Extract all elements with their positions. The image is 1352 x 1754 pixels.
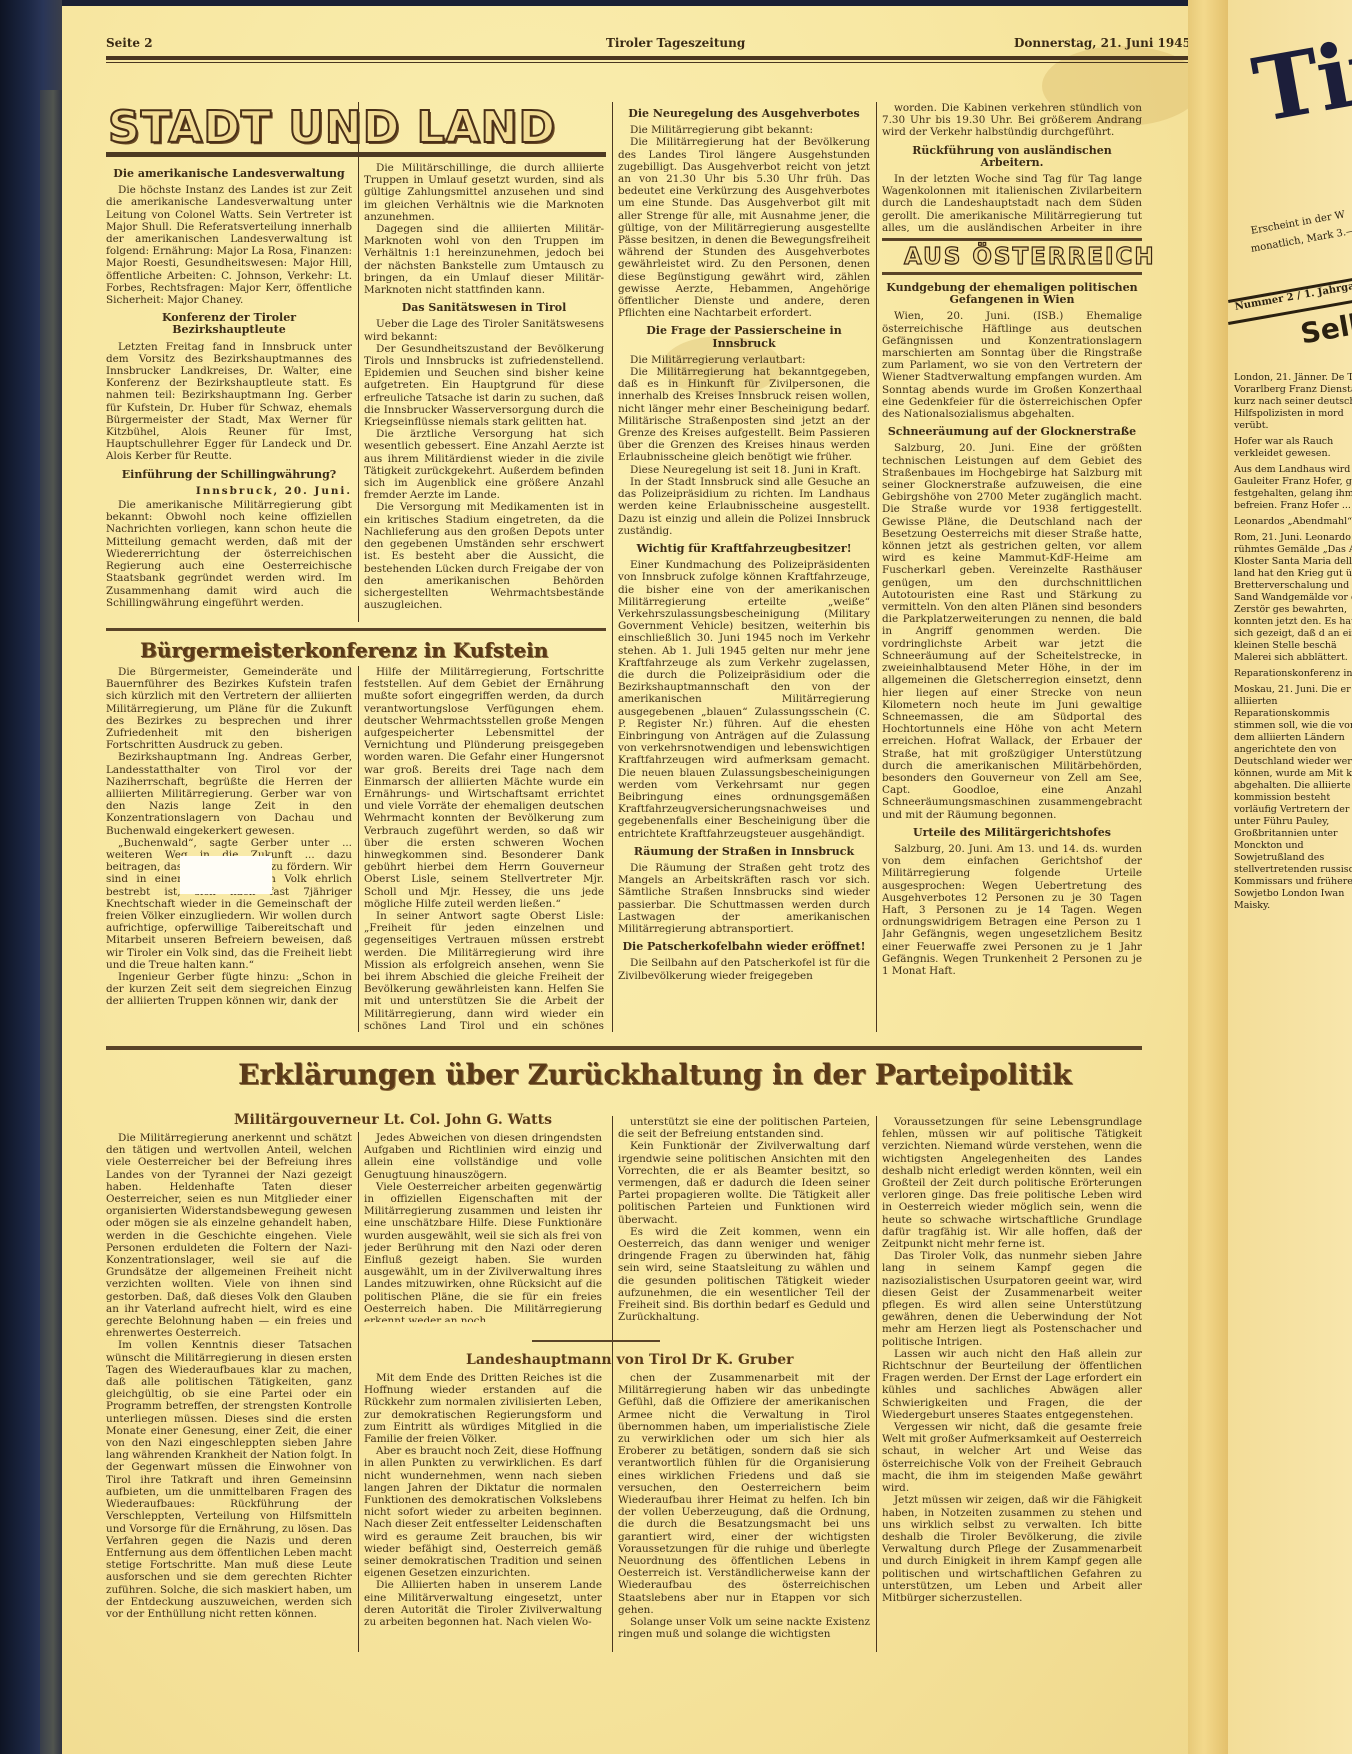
article-paragraph: Die höchste Instanz des Landes ist zur Z…: [106, 184, 352, 306]
article-paragraph: Die Alliierten haben in unserem Lande ei…: [364, 1579, 602, 1628]
article-paragraph: Salzburg, 20. Juni. Eine der größten tec…: [882, 442, 1142, 820]
column-watts-2: Jedes Abweichen von diesen dringendsten …: [364, 1132, 602, 1322]
article-headline: Konferenz der Tiroler Bezirkshauptleute: [106, 312, 352, 336]
article-headline: Die Patscherkofelbahn wieder eröffnet!: [618, 941, 870, 953]
article-paragraph: Letzten Freitag fand in Innsbruck unter …: [106, 341, 352, 463]
article-paragraph: Wien, 20. Juni. (ISB.) Ehemalige österre…: [882, 310, 1142, 420]
header-rule-thin: [106, 62, 1192, 63]
page-number: Seite 2: [106, 36, 153, 50]
article-dateline: Innsbruck, 20. Juni.: [106, 485, 352, 497]
article-paragraph: Die Militärschillinge, die durch alliier…: [364, 162, 604, 223]
article-paragraph: Das Tiroler Volk, das nunmehr sieben Jah…: [882, 1250, 1142, 1348]
article-paragraph: Die Versorgung mit Medikamenten ist in e…: [364, 501, 604, 611]
article-paragraph: Die Militärregierung hat der Bevölkerung…: [618, 136, 870, 319]
newspaper-page: Seite 2 Tiroler Tageszeitung Donnerstag,…: [62, 6, 1214, 1754]
article-headline: Die Frage der Passierscheine in Innsbruc…: [618, 325, 870, 349]
article-paragraph: Mit dem Ende des Dritten Reiches ist die…: [364, 1372, 602, 1445]
article-paragraph: Hofer war als Rauch verkleidet gewesen.: [1234, 436, 1352, 460]
article-paragraph: Aber es braucht noch Zeit, diese Hoffnun…: [364, 1445, 602, 1579]
article-paragraph: London, 21. Jänner. De Tirol-Vorarlberg …: [1234, 372, 1352, 432]
binding-edge: [40, 90, 62, 1754]
article-paragraph: unterstützt sie eine der politischen Par…: [618, 1116, 870, 1140]
article-paragraph: Es wird die Zeit kommen, wenn ein Oester…: [618, 1226, 870, 1322]
article-paragraph: Der Gesundheitszustand der Bevölkerung T…: [364, 343, 604, 428]
column-divider: [358, 666, 359, 1032]
section-rule: [106, 1046, 1142, 1050]
column-watts-1: Die Militärregierung anerkennt und schät…: [106, 1132, 352, 1652]
article-paragraph: Bezirkshauptmann Ing. Andreas Gerber, La…: [106, 751, 352, 836]
article-paragraph: Jetzt müssen wir zeigen, daß wir die Fäh…: [882, 1494, 1142, 1604]
article-paragraph: Die Militärregierung verlautbart:: [618, 354, 870, 366]
adjacent-masthead: Tiro: [1246, 6, 1352, 142]
article-paragraph: Solange unser Volk um seine nackte Exist…: [618, 1616, 870, 1640]
column-divider: [612, 1116, 613, 1652]
article-paragraph: Diese Neuregelung ist seit 18. Juni in K…: [618, 464, 870, 476]
article-paragraph: Die amerikanische Militärregierung gibt …: [106, 499, 352, 609]
article-paragraph: Hilfe der Militärregierung, Fortschritte…: [364, 666, 604, 910]
column-divider: [876, 102, 877, 1032]
article-paragraph: Reparationskonferenz in Mo: [1234, 668, 1352, 680]
article-paragraph: Rom, 21. Juni. Leonardo rühmtes Gemälde …: [1234, 532, 1352, 664]
column-gruber-1: Mit dem Ende des Dritten Reiches ist die…: [364, 1372, 602, 1652]
article-paragraph: Voraussetzungen für seine Lebensgrundlag…: [882, 1116, 1142, 1250]
issue-date: Donnerstag, 21. Juni 1945: [1014, 36, 1191, 50]
article-paragraph: Die Seilbahn auf den Patscherkofel ist f…: [618, 957, 870, 981]
article-headline: Räumung der Straßen in Innsbruck: [618, 846, 870, 858]
article-paragraph: Lassen wir auch nicht den Haß allein zur…: [882, 1348, 1142, 1421]
gruber-byline: Landeshauptmann von Tirol Dr K. Gruber: [466, 1352, 794, 1368]
adjacent-columns: London, 21. Jänner. De Tirol-Vorarlberg …: [1234, 372, 1352, 1752]
article-headline: Die amerikanische Landesverwaltung: [106, 168, 352, 180]
article-paragraph: Dagegen sind die alliierten Militär-Mark…: [364, 223, 604, 296]
article-paragraph: Jedes Abweichen von diesen dringendsten …: [364, 1132, 602, 1181]
article-paragraph: Viele Oesterreicher arbeiten gegenwärtig…: [364, 1181, 602, 1322]
article-paragraph: Die Militärregierung anerkennt und schät…: [106, 1132, 352, 1339]
column-divider: [876, 1116, 877, 1652]
banner-rule: [106, 152, 606, 157]
byline-rule: [532, 1340, 660, 1342]
adjacent-page: Tiro Erscheint in der W monatlich, Mark …: [1228, 0, 1352, 1754]
article-paragraph: Ingenieur Gerber fügte hinzu: „Schon in …: [106, 971, 352, 1008]
column-divider: [358, 102, 359, 622]
section-rule: [882, 272, 1142, 275]
column-divider: [358, 1132, 359, 1652]
article-headline: Das Sanitätswesen in Tirol: [364, 302, 604, 314]
column-patscherkofel-cont: worden. Die Kabinen verkehren stündlich …: [882, 102, 1142, 232]
article-paragraph: Die Militärregierung hat bekanntgegeben,…: [618, 366, 870, 464]
article-headline: Rückführung von ausländischen Arbeitern.: [882, 145, 1142, 169]
watts-byline: Militärgouverneur Lt. Col. John G. Watts: [234, 1112, 552, 1128]
article-paragraph: Die Räumung der Straßen geht trotz des M…: [618, 862, 870, 935]
column-aus-oesterreich: Kundgebung der ehemaligen politischen Ge…: [882, 276, 1142, 1032]
article-paragraph: Salzburg, 20. Juni. Am 13. und 14. ds. w…: [882, 843, 1142, 977]
article-paragraph: Moskau, 21. Juni. Die er alliierten Repa…: [1234, 684, 1352, 912]
article-headline: Wichtig für Kraftfahrzeugbesitzer!: [618, 543, 870, 555]
article-headline: Schneeräumung auf der Glocknerstraße: [882, 426, 1142, 438]
section-banner-aus-oesterreich: AUS ÖSTERREICH: [904, 244, 1156, 270]
article-paragraph: In der Stadt Innsbruck sind alle Gesuche…: [618, 476, 870, 537]
column-ausgehverbot: Die Neuregelung des AusgehverbotesDie Mi…: [618, 102, 870, 1032]
article-headline: Urteile des Militärgerichtshofes: [882, 827, 1142, 839]
article-paragraph: Aus dem Landhaus wird Gauleiter Franz Ho…: [1234, 464, 1352, 512]
column-watts-3: unterstützt sie eine der politischen Par…: [618, 1116, 870, 1322]
header-rule: [106, 56, 1192, 60]
article-paragraph: Im vollen Kenntnis dieser Tatsachen wüns…: [106, 1339, 352, 1620]
article-paragraph: In der letzten Woche sind Tag für Tag la…: [882, 173, 1142, 232]
article-paragraph: Die Militärregierung gibt bekannt:: [618, 124, 870, 136]
article-paragraph: In seiner Antwort sagte Oberst Lisle: „F…: [364, 910, 604, 1032]
article-headline: Einführung der Schillingwährung?: [106, 469, 352, 481]
column-militaerschillinge: Die Militärschillinge, die durch alliier…: [364, 162, 604, 622]
column-landesverwaltung: Die amerikanische LandesverwaltungDie hö…: [106, 162, 352, 622]
article-paragraph: Vergessen wir nicht, daß die gesamte fre…: [882, 1421, 1142, 1494]
kufstein-headline: Bürgermeisterkonferenz in Kufstein: [140, 638, 548, 662]
parteipolitik-headline: Erklärungen über Zurückhaltung in der Pa…: [238, 1058, 1072, 1091]
column-gruber-2: chen der Zusammenarbeit mit der Militärr…: [618, 1372, 870, 1652]
column-kufstein-1: Die Bürgermeister, Gemeinderäte und Baue…: [106, 666, 352, 1032]
article-paragraph: Kein Funktionär der Zivilverwaltung darf…: [618, 1140, 870, 1225]
column-gruber-4: Voraussetzungen für seine Lebensgrundlag…: [882, 1116, 1142, 1652]
article-paragraph: Einer Kundmachung des Polizeipräsidenten…: [618, 559, 870, 840]
column-divider: [612, 102, 613, 1032]
section-rule: [882, 238, 1142, 241]
redacted-patch: [180, 856, 272, 894]
section-banner-stadt-und-land: STADT UND LAND: [108, 102, 556, 153]
article-paragraph: Leonardos „Abendmahl“: [1234, 516, 1352, 528]
newspaper-name: Tiroler Tageszeitung: [606, 36, 745, 50]
article-paragraph: worden. Die Kabinen verkehren stündlich …: [882, 102, 1142, 139]
article-paragraph: chen der Zusammenarbeit mit der Militärr…: [618, 1372, 870, 1616]
section-rule: [106, 628, 606, 631]
article-headline: Kundgebung der ehemaligen politischen Ge…: [882, 282, 1142, 306]
page-gutter: [1188, 0, 1228, 1754]
article-paragraph: Die ärztliche Versorgung hat sich wesent…: [364, 428, 604, 501]
column-kufstein-2: Hilfe der Militärregierung, Fortschritte…: [364, 666, 604, 1032]
article-paragraph: Ueber die Lage des Tiroler Sanitätswesen…: [364, 318, 604, 342]
article-headline: Die Neuregelung des Ausgehverbotes: [618, 108, 870, 120]
article-paragraph: Die Bürgermeister, Gemeinderäte und Baue…: [106, 666, 352, 751]
